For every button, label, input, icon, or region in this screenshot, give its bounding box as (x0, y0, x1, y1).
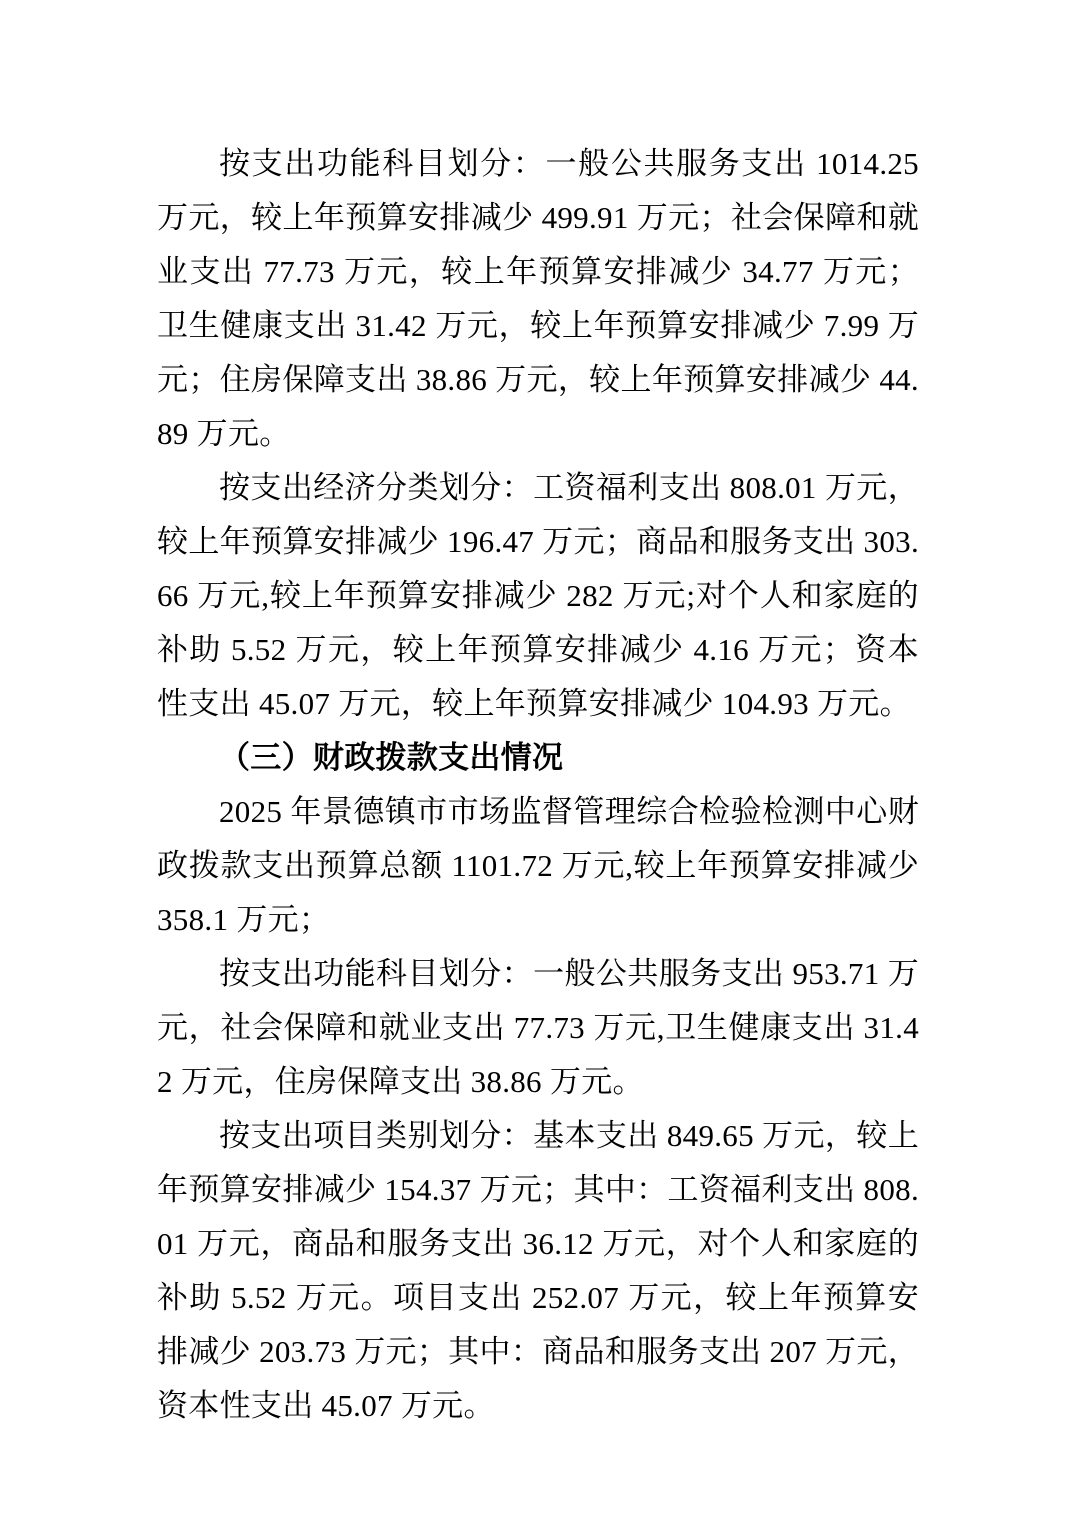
paragraph-expenditure-by-function: 按支出功能科目划分：一般公共服务支出 1014.25 万元，较上年预算安排减少 … (157, 137, 919, 461)
document-page: 按支出功能科目划分：一般公共服务支出 1014.25 万元，较上年预算安排减少 … (0, 0, 1074, 1520)
paragraph-appropriation-by-project-type: 按支出项目类别划分：基本支出 849.65 万元，较上年预算安排减少 154.3… (157, 1109, 919, 1433)
paragraph-fiscal-appropriation-total: 2025 年景德镇市市场监督管理综合检验检测中心财政拨款支出预算总额 1101.… (157, 785, 919, 947)
document-content: 按支出功能科目划分：一般公共服务支出 1014.25 万元，较上年预算安排减少 … (157, 137, 919, 1433)
paragraph-expenditure-by-economic-class: 按支出经济分类划分：工资福利支出 808.01 万元，较上年预算安排减少 196… (157, 461, 919, 731)
section-heading-fiscal-appropriation-expenditure: （三）财政拨款支出情况 (157, 731, 919, 785)
paragraph-appropriation-by-function: 按支出功能科目划分：一般公共服务支出 953.71 万元，社会保障和就业支出 7… (157, 947, 919, 1109)
